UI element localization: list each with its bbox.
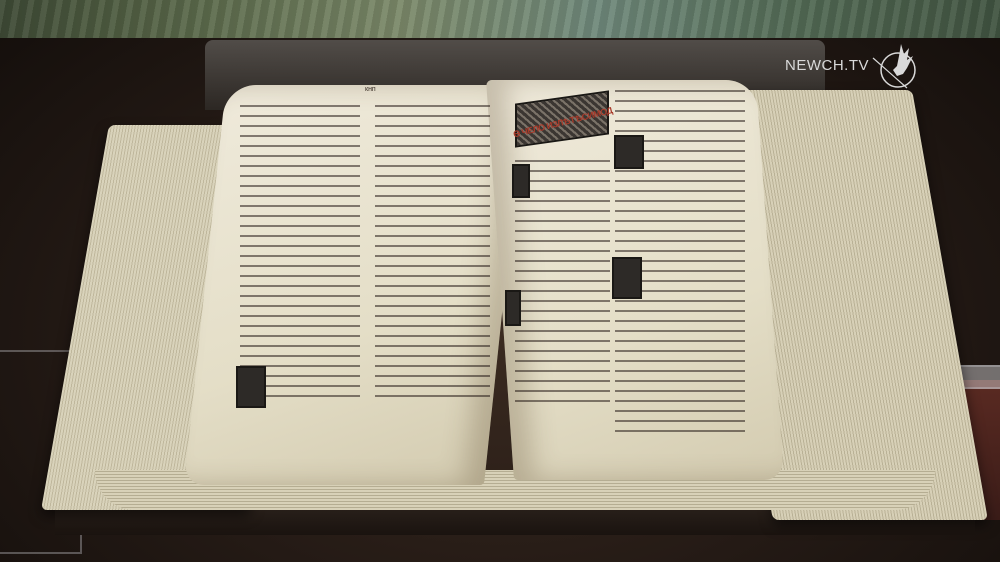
text-column xyxy=(375,105,490,405)
eagle-icon xyxy=(871,40,921,90)
decorated-initial xyxy=(612,257,642,299)
decorated-initial xyxy=(614,135,644,169)
background-painting xyxy=(0,0,1000,38)
decorated-initial xyxy=(236,366,266,408)
channel-watermark: NEWCH.TV xyxy=(785,40,921,90)
decorated-initial xyxy=(505,290,521,326)
watermark-text: NEWCH.TV xyxy=(785,57,869,74)
decorated-initial xyxy=(512,164,530,198)
text-column xyxy=(240,105,360,405)
photo-scene: кнп Ѳ ЧЕЛО ИЗЛѢТѢСИМОД NEW xyxy=(0,0,1000,562)
left-page-header: кнп xyxy=(365,86,376,93)
